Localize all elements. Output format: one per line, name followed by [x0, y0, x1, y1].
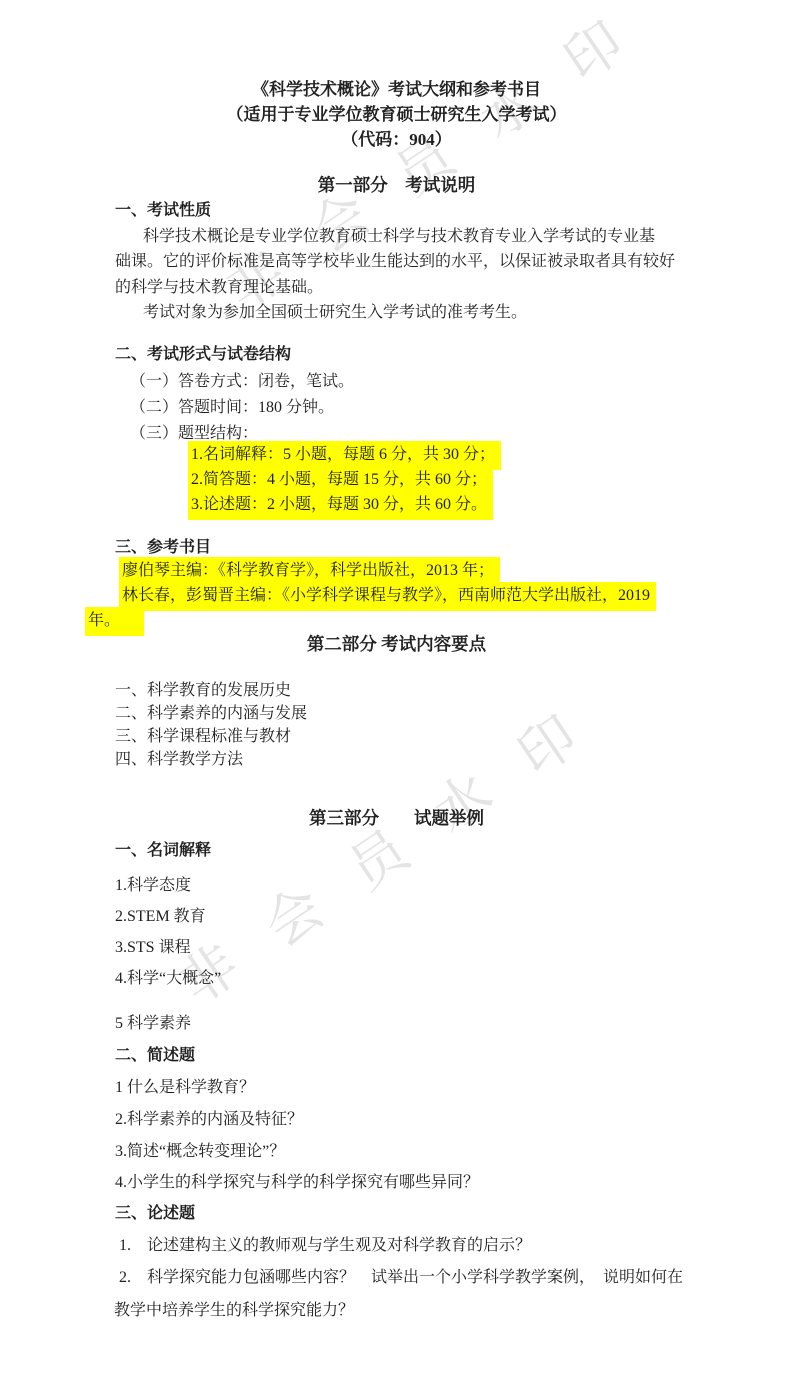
highlighted-reference: 年。 [85, 607, 144, 636]
paragraph-line: 科学技术概论是专业学位教育硕士科学与技术教育专业入学考试的专业基 [143, 226, 655, 248]
part2-heading: 第二部分 考试内容要点 [0, 633, 793, 655]
essay-item: 2. 科学探究能力包涵哪些内容？ 试举出一个小学科学教学案例， 说明如何在 [119, 1267, 683, 1289]
short-answer-item: 2.科学素养的内涵及特征？ [115, 1109, 303, 1131]
section-heading-exam-nature: 一、考试性质 [115, 200, 211, 222]
list-item: （二）答题时间：180 分钟。 [130, 397, 334, 419]
short-answer-item: 1 什么是科学教育？ [115, 1077, 255, 1099]
section-heading-terms: 一、名词解释 [115, 840, 211, 862]
list-item: （一）答卷方式：闭卷，笔试。 [130, 371, 354, 393]
section-heading-references: 三、参考书目 [115, 537, 211, 559]
highlighted-reference: 林长春，彭蜀晋主编：《小学科学课程与教学》，西南师范大学出版社，2019 [119, 582, 656, 611]
short-answer-item: 4.小学生的科学探究与科学的科学探究有哪些异同？ [115, 1172, 479, 1194]
section-heading-essay: 三、论述题 [115, 1203, 195, 1225]
content-point: 四、科学教学方法 [115, 749, 243, 771]
section-heading-exam-format: 二、考试形式与试卷结构 [115, 344, 291, 366]
part3-heading: 第三部分 试题举例 [0, 807, 793, 829]
highlighted-question-type: 3.论述题：2 小题，每题 30 分，共 60 分。 [188, 491, 493, 520]
term-item: 3.STS 课程 [115, 937, 191, 959]
term-item: 2.STEM 教育 [115, 906, 206, 928]
paragraph-line: 考试对象为参加全国硕士研究生入学考试的准考考生。 [143, 302, 527, 324]
content-point: 二、科学素养的内涵与发展 [115, 703, 307, 725]
content-point: 三、科学课程标准与教材 [115, 726, 291, 748]
essay-item: 1. 论述建构主义的教师观与学生观及对科学教育的启示？ [119, 1235, 531, 1257]
paragraph-line: 础课。它的评价标准是高等学校毕业生能达到的水平，以保证被录取者具有较好 [115, 251, 675, 273]
paragraph-line: 的科学与技术教育理论基础。 [115, 277, 323, 299]
section-heading-short-answer: 二、简述题 [115, 1045, 195, 1067]
document-subtitle: （适用于专业学位教育硕士研究生入学考试） [0, 104, 793, 126]
term-item: 5 科学素养 [115, 1013, 191, 1035]
essay-item-wrap: 教学中培养学生的科学探究能力？ [114, 1300, 354, 1322]
term-item: 4.科学“大概念” [115, 968, 221, 990]
term-item: 1.科学态度 [115, 875, 191, 897]
document-page: { "colors": { "highlight": "#ffff00", "t… [0, 0, 793, 1390]
document-title: 《科学技术概论》考试大纲和参考书目 [0, 79, 793, 101]
document-code: （代码：904） [0, 129, 793, 151]
part1-heading: 第一部分 考试说明 [0, 174, 793, 196]
content-point: 一、科学教育的发展历史 [115, 680, 291, 702]
short-answer-item: 3.简述“概念转变理论”？ [115, 1141, 285, 1163]
